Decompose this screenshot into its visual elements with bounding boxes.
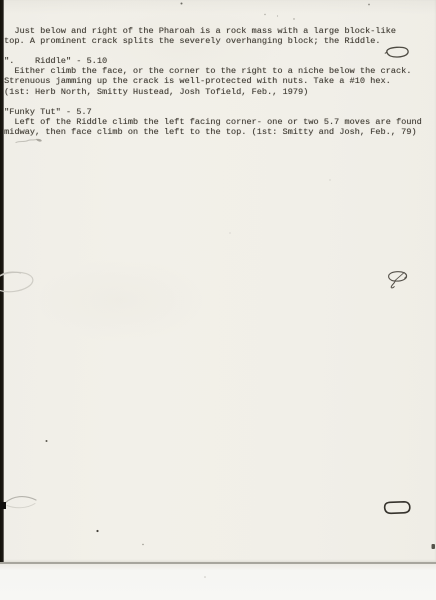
- scanned-document-page: Just below and right of the Pharoah is a…: [0, 0, 436, 600]
- paper-sheet: Just below and right of the Pharoah is a…: [0, 0, 436, 563]
- scan-edge-strip: [0, 0, 4, 562]
- scanner-bed-background: [0, 562, 436, 600]
- typewritten-text: Just below and right of the Pharoah is a…: [4, 26, 422, 137]
